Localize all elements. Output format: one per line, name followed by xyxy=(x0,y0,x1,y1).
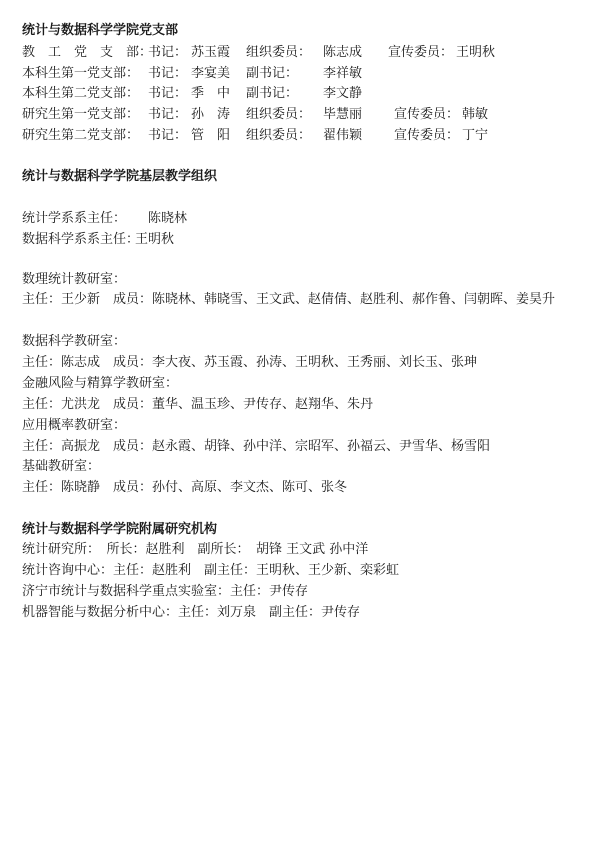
research-row: 机器智能与数据分析中心：主任：刘万泉 副主任：尹传存 xyxy=(22,603,360,623)
branch-name: 研究生第一党支部： xyxy=(22,103,139,122)
role2-label: 组织委员： xyxy=(246,124,311,143)
secretary-label: 书记： xyxy=(148,62,187,81)
role3-label: 宣传委员： xyxy=(388,41,453,60)
role3-label: 宣传委员： xyxy=(394,124,459,143)
party-row: 研究生第一党支部： 书记： 孙 涛 组织委员： 毕慧丽 宣传委员： 韩敏 xyxy=(0,103,593,123)
dept-head-label: 数据科学系系主任： xyxy=(22,228,139,247)
group-name: 数理统计教研室： xyxy=(22,270,126,290)
secretary-name: 孙 涛 xyxy=(191,103,230,122)
secretary-label: 书记： xyxy=(148,41,187,60)
group-name: 应用概率教研室： xyxy=(22,416,126,436)
party-row: 本科生第一党支部： 书记： 李宴美 副书记： 李祥敏 xyxy=(0,62,593,82)
role2-name: 陈志成 xyxy=(323,41,362,60)
role2-name: 李文静 xyxy=(323,82,362,101)
research-section-title: 统计与数据科学学院附属研究机构 xyxy=(22,520,217,540)
secretary-label: 书记： xyxy=(148,82,187,101)
party-row: 本科生第二党支部： 书记： 季 中 副书记： 李文静 xyxy=(0,82,593,102)
group-name: 基础教研室： xyxy=(22,457,100,477)
party-row: 研究生第二党支部： 书记： 管 阳 组织委员： 翟伟颖 宣传委员： 丁宁 xyxy=(0,124,593,144)
secretary-name: 季 中 xyxy=(191,82,230,101)
role2-label: 副书记： xyxy=(246,62,298,81)
branch-name: 本科生第二党支部： xyxy=(22,82,139,101)
role2-name: 李祥敏 xyxy=(323,62,362,81)
group-name: 金融风险与精算学教研室： xyxy=(22,374,178,394)
branch-name: 本科生第一党支部： xyxy=(22,62,139,81)
role2-name: 毕慧丽 xyxy=(323,103,362,122)
branch-name: 教 工 党 支 部： xyxy=(22,41,152,60)
role3-name: 韩敏 xyxy=(462,103,488,122)
group-members: 主任：陈晓静 成员：孙付、高原、李文杰、陈可、张冬 xyxy=(22,478,347,498)
role3-label: 宣传委员： xyxy=(394,103,459,122)
dept-head-row: 统计学系系主任： 陈晓林 xyxy=(0,207,593,227)
group-members: 主任：尤洪龙 成员：董华、温玉珍、尹传存、赵翔华、朱丹 xyxy=(22,395,373,415)
branch-name: 研究生第二党支部： xyxy=(22,124,139,143)
secretary-name: 管 阳 xyxy=(191,124,230,143)
group-members: 主任：王少新 成员：陈晓林、韩晓雪、王文武、赵倩倩、赵胜利、郝作鲁、闫朝晖、姜昊… xyxy=(22,290,582,311)
research-row: 统计研究所： 所长：赵胜利 副所长： 胡锋 王文武 孙中洋 xyxy=(22,540,368,560)
secretary-label: 书记： xyxy=(148,103,187,122)
group-members: 主任：高振龙 成员：赵永霞、胡锋、孙中洋、宗昭军、孙福云、尹雪华、杨雪阳 xyxy=(22,437,490,457)
role3-name: 王明秋 xyxy=(456,41,495,60)
secretary-name: 李宴美 xyxy=(191,62,230,81)
group-members: 主任：陈志成 成员：李大夜、苏玉霞、孙涛、王明秋、王秀丽、刘长玉、张珅 xyxy=(22,353,477,373)
party-section-title: 统计与数据科学学院党支部 xyxy=(22,21,178,41)
dept-head-name: 王明秋 xyxy=(135,228,174,247)
secretary-name: 苏玉霞 xyxy=(191,41,230,60)
research-row: 济宁市统计与数据科学重点实验室：主任：尹传存 xyxy=(22,582,308,602)
teaching-section-title: 统计与数据科学学院基层教学组织 xyxy=(22,167,217,187)
group-name: 数据科学教研室： xyxy=(22,332,126,352)
role3-name: 丁宁 xyxy=(462,124,488,143)
dept-head-label: 统计学系系主任： xyxy=(22,207,126,226)
role2-label: 副书记： xyxy=(246,82,298,101)
role2-label: 组织委员： xyxy=(246,41,311,60)
dept-head-row: 数据科学系系主任： 王明秋 xyxy=(0,228,593,248)
secretary-label: 书记： xyxy=(148,124,187,143)
role2-label: 组织委员： xyxy=(246,103,311,122)
dept-head-name: 陈晓林 xyxy=(148,207,187,226)
party-row: 教 工 党 支 部： 书记： 苏玉霞 组织委员： 陈志成 宣传委员： 王明秋 xyxy=(0,41,593,61)
role2-name: 翟伟颖 xyxy=(323,124,362,143)
research-row: 统计咨询中心：主任：赵胜利 副主任：王明秋、王少新、栾彩虹 xyxy=(22,561,399,581)
